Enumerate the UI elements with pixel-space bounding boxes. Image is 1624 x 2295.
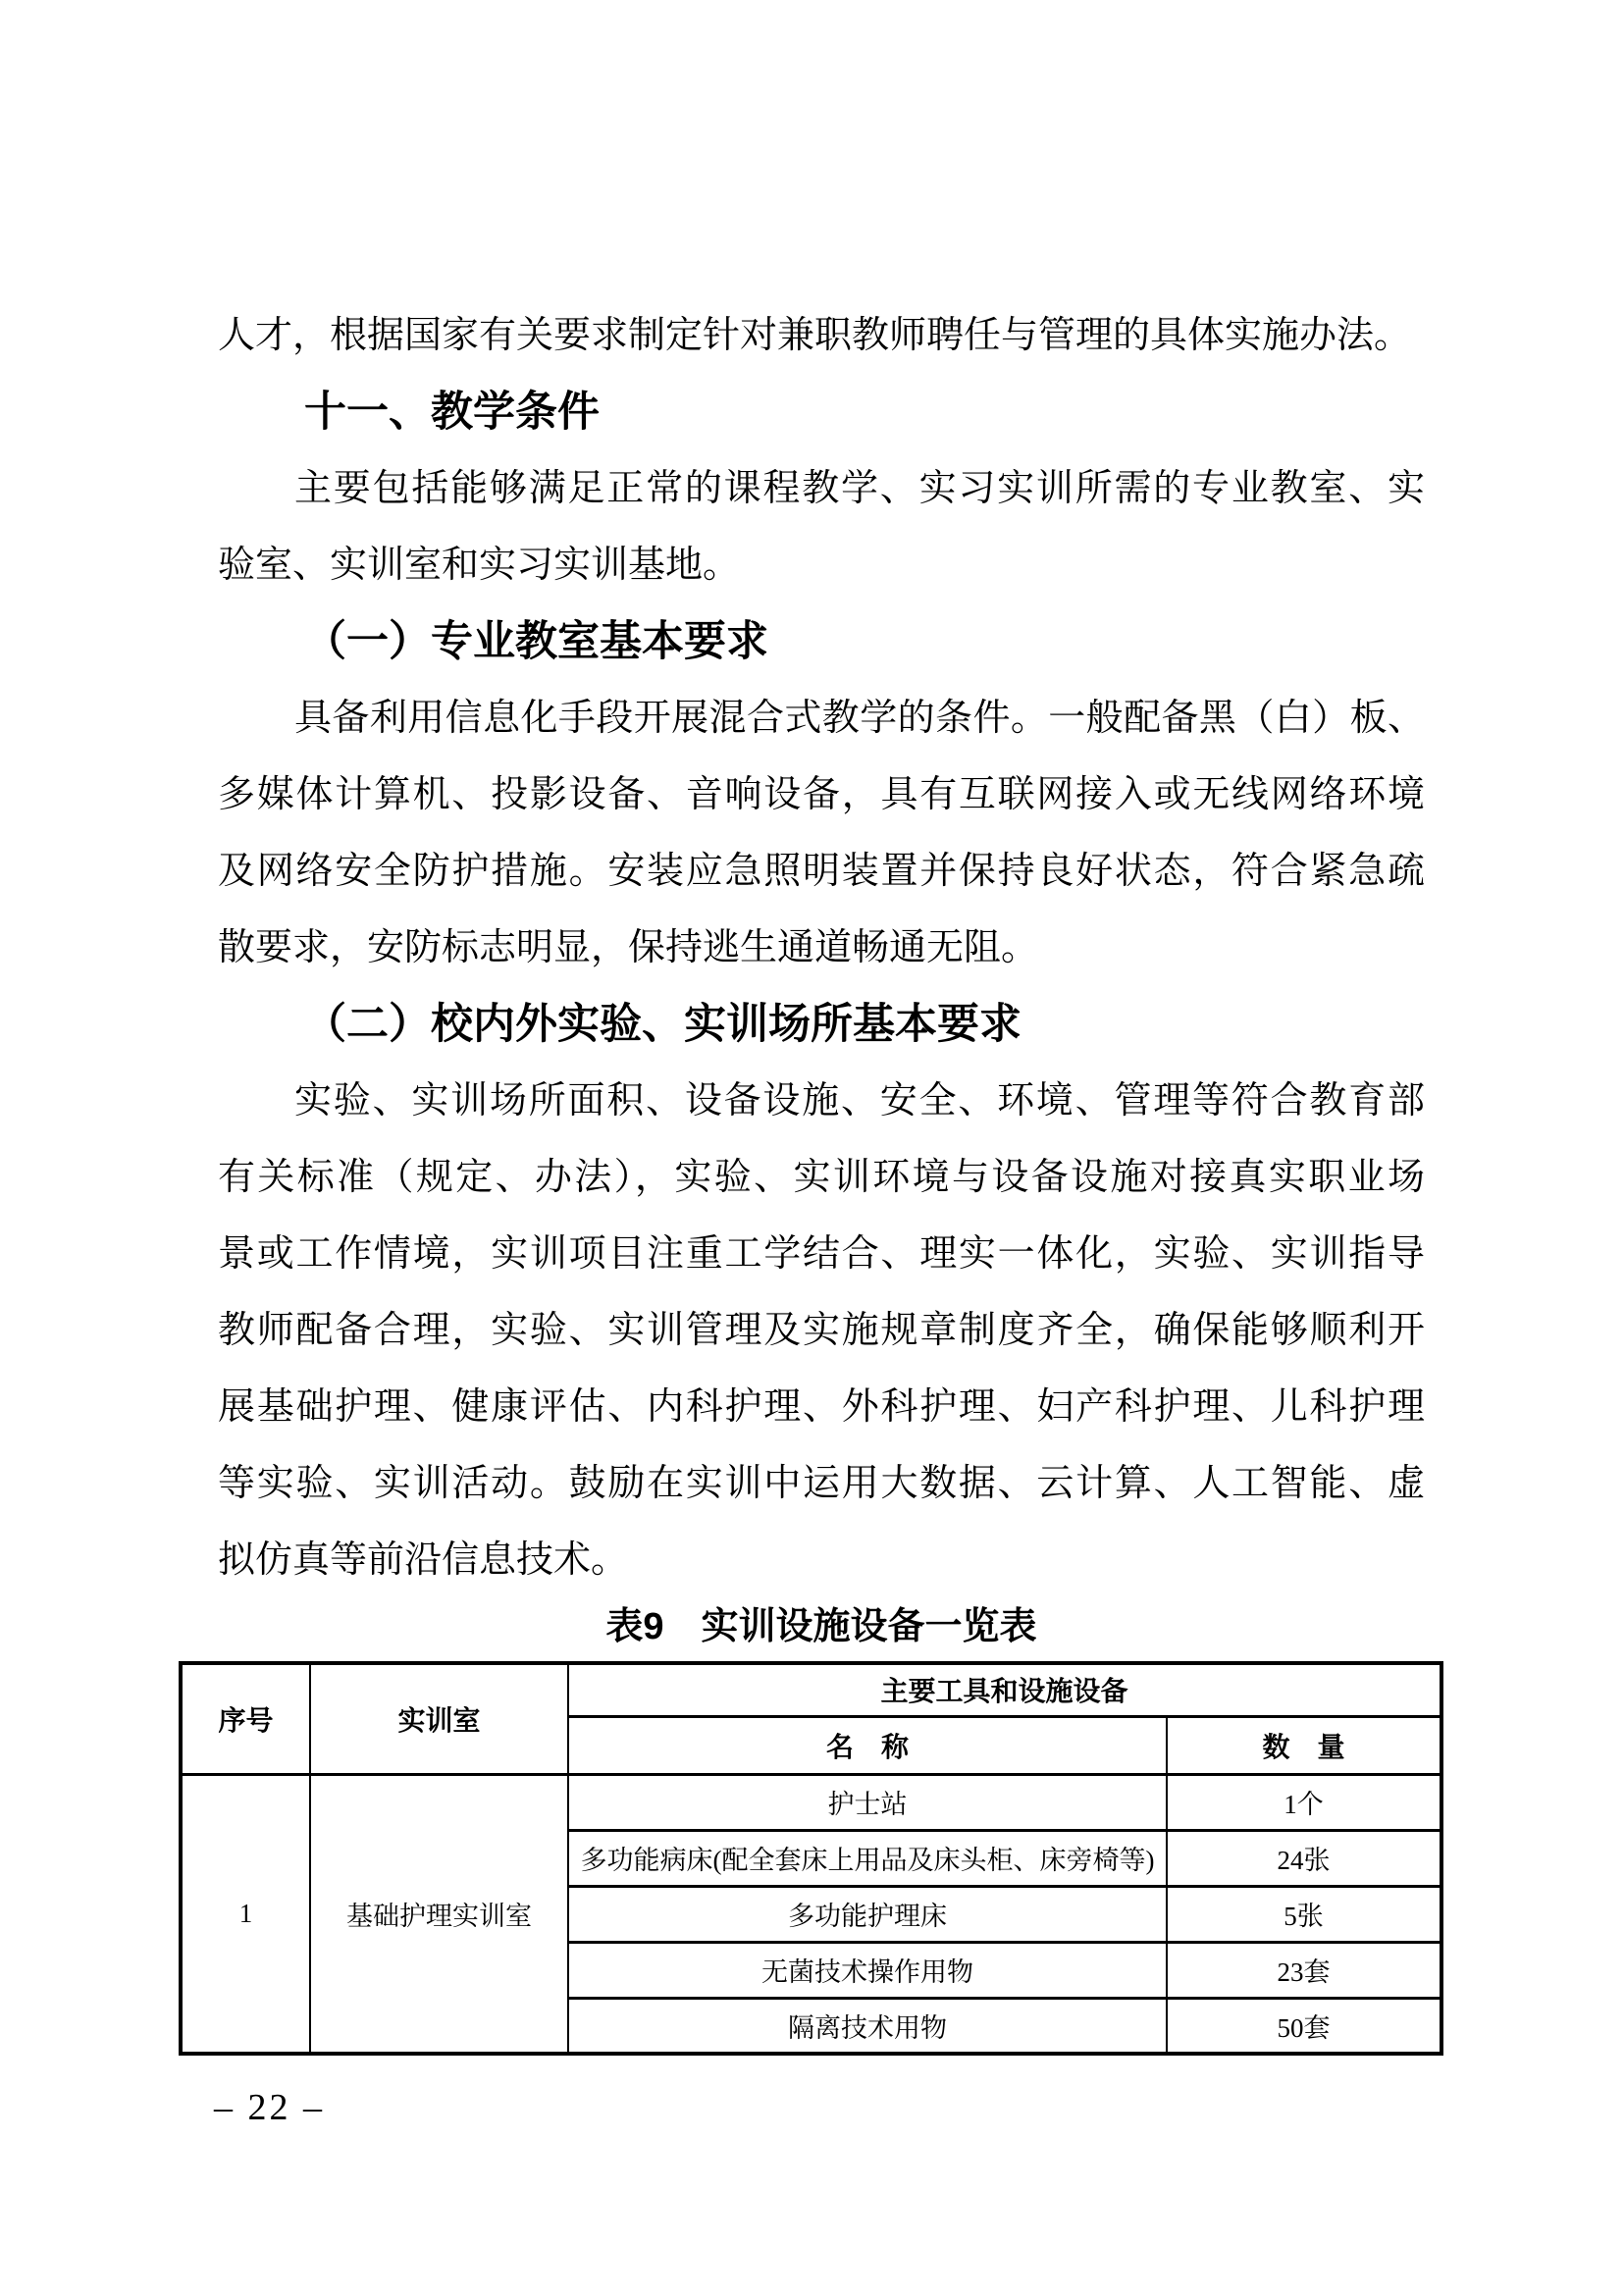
body-line: 展基础护理、健康评估、内科护理、外科护理、妇产科护理、儿科护理: [218, 1369, 1425, 1445]
body-line: 景或工作情境，实训项目注重工学结合、理实一体化，实验、实训指导: [218, 1216, 1425, 1292]
body-line: 教师配备合理，实验、实训管理及实施规章制度齐全，确保能够顺利开: [218, 1292, 1425, 1369]
cell-item-qty: 1个: [1167, 1774, 1441, 1830]
page-number: – 22 –: [214, 2086, 325, 2129]
body-line: 散要求，安防标志明显，保持逃生通道畅通无阻。: [218, 910, 1425, 986]
body-line: 人才，根据国家有关要求制定针对兼职教师聘任与管理的具体实施办法。: [218, 297, 1425, 374]
cell-item-name: 多功能护理床: [568, 1886, 1167, 1942]
header-cell-tools: 主要工具和设施设备: [568, 1663, 1441, 1716]
section-heading: （一）专业教室基本要求: [218, 603, 1425, 680]
cell-item-qty: 23套: [1167, 1942, 1441, 1998]
body-line: 多媒体计算机、投影设备、音响设备，具有互联网接入或无线网络环境: [218, 756, 1425, 833]
body-line: 实验、实训场所面积、设备设施、安全、环境、管理等符合教育部: [218, 1063, 1425, 1139]
table-title: 表9 实训设施设备一览表: [218, 1598, 1425, 1655]
body-line: 及网络安全防护措施。安装应急照明装置并保持良好状态，符合紧急疏: [218, 833, 1425, 910]
body-line: 有关标准（规定、办法），实验、实训环境与设备设施对接真实职业场: [218, 1139, 1425, 1216]
cell-group-index: 1: [181, 1774, 310, 2054]
body-line: 具备利用信息化手段开展混合式教学的条件。一般配备黑（白）板、: [218, 680, 1425, 756]
body-line: 拟仿真等前沿信息技术。: [218, 1522, 1425, 1598]
body-line: 验室、实训室和实习实训基地。: [218, 527, 1425, 603]
cell-item-name: 隔离技术用物: [568, 1998, 1167, 2054]
cell-item-name: 无菌技术操作用物: [568, 1942, 1167, 1998]
cell-item-qty: 50套: [1167, 1998, 1441, 2054]
body-line: 主要包括能够满足正常的课程教学、实习实训所需的专业教室、实: [218, 450, 1425, 527]
equipment-table: 序号 实训室 主要工具和设施设备 名 称 数 量 1 基础护理实训室 护士站 1…: [179, 1661, 1443, 2056]
cell-item-qty: 24张: [1167, 1830, 1441, 1886]
cell-item-qty: 5张: [1167, 1886, 1441, 1942]
header-cell-name: 名 称: [568, 1716, 1167, 1774]
table-row: 1 基础护理实训室 护士站 1个: [181, 1774, 1441, 1830]
cell-item-name: 多功能病床(配全套床上用品及床头柜、床旁椅等): [568, 1830, 1167, 1886]
section-heading: （二）校内外实验、实训场所基本要求: [218, 986, 1425, 1063]
body-text: 人才，根据国家有关要求制定针对兼职教师聘任与管理的具体实施办法。 十一、教学条件…: [218, 297, 1425, 1598]
header-cell-index: 序号: [181, 1663, 310, 1774]
header-cell-qty: 数 量: [1167, 1716, 1441, 1774]
section-heading: 十一、教学条件: [218, 374, 1425, 450]
cell-group-room: 基础护理实训室: [310, 1774, 568, 2054]
body-line: 等实验、实训活动。鼓励在实训中运用大数据、云计算、人工智能、虚: [218, 1445, 1425, 1522]
document-page: 人才，根据国家有关要求制定针对兼职教师聘任与管理的具体实施办法。 十一、教学条件…: [0, 0, 1624, 2295]
cell-item-name: 护士站: [568, 1774, 1167, 1830]
header-cell-room: 实训室: [310, 1663, 568, 1774]
